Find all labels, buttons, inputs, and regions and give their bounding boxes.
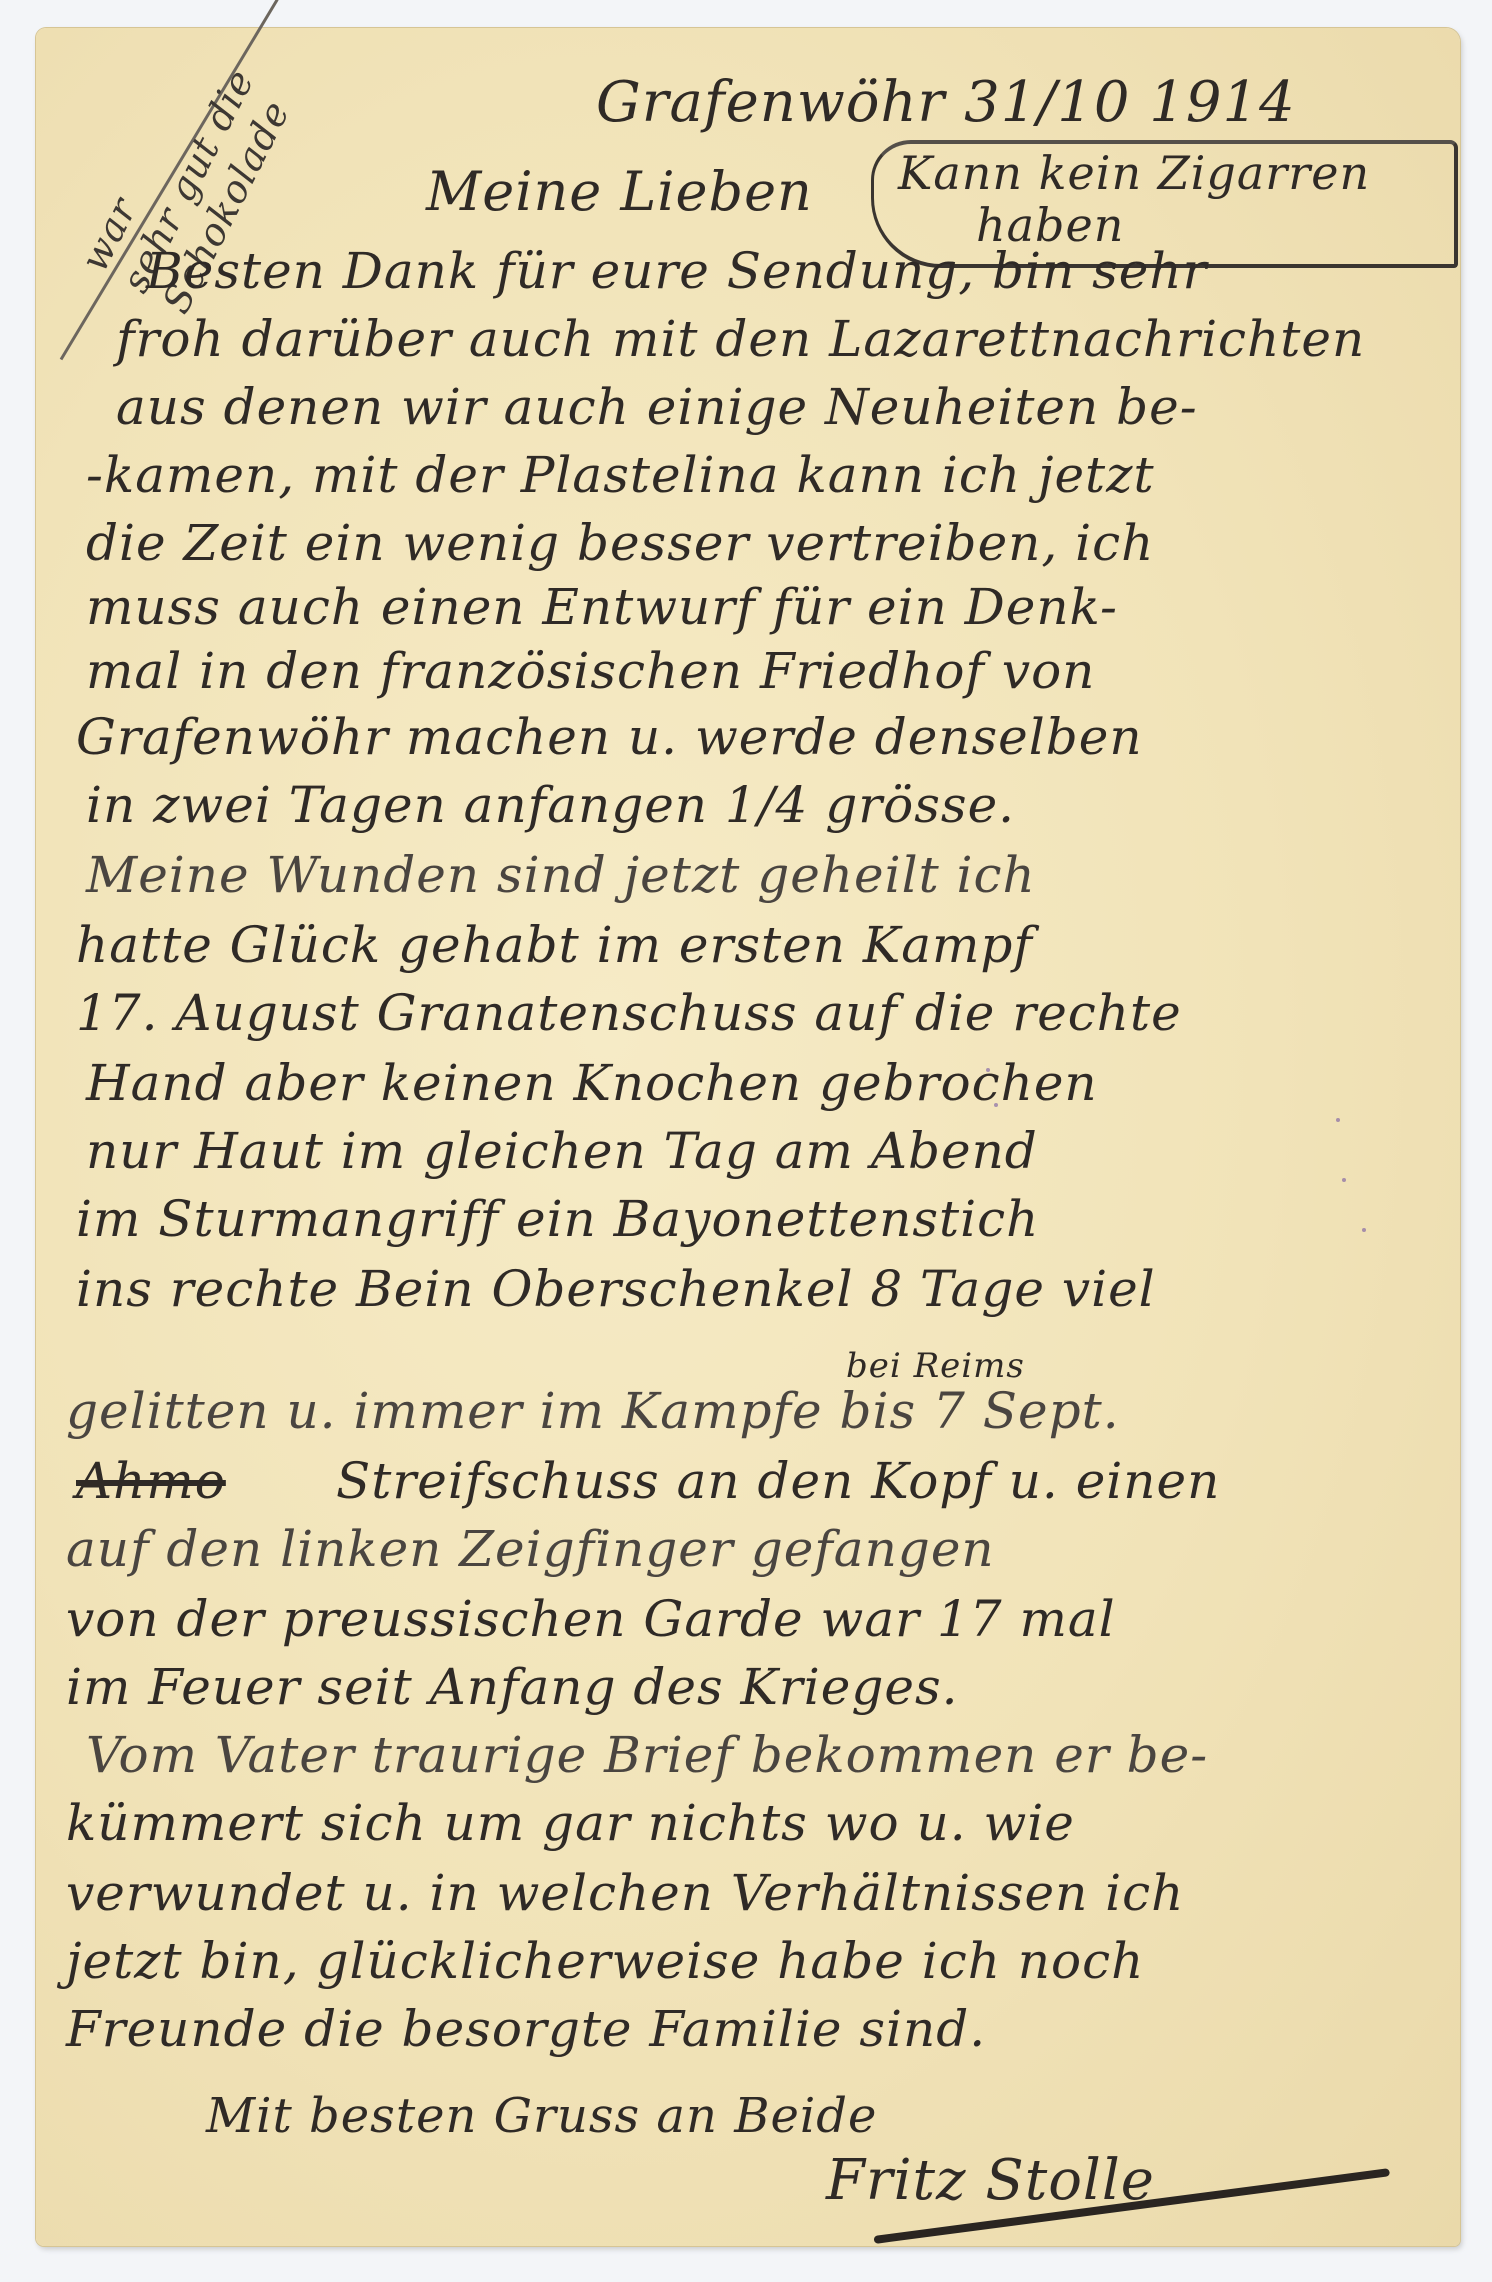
- body-line: jetzt bin, glücklicherweise habe ich noc…: [66, 1932, 1144, 1990]
- body-line: hatte Glück gehabt im ersten Kampf: [76, 916, 1033, 974]
- body-line: in zwei Tagen anfangen 1/4 grösse.: [86, 776, 1015, 834]
- struck-word: Ahmo: [76, 1452, 226, 1510]
- body-line: aus denen wir auch einige Neuheiten be-: [116, 378, 1198, 436]
- stamp-trace: [986, 1068, 990, 1072]
- body-line: Meine Wunden sind jetzt geheilt ich: [86, 846, 1036, 904]
- insertion-note: bei Reims: [846, 1346, 1025, 1386]
- stamp-trace: [994, 1103, 998, 1107]
- body-line: -kamen, mit der Plastelina kann ich jetz…: [86, 446, 1155, 504]
- body-line: Besten Dank für eure Sendung, bin sehr: [146, 242, 1207, 300]
- body-line: kümmert sich um gar nichts wo u. wie: [66, 1794, 1075, 1852]
- stamp-trace: [1336, 1118, 1340, 1122]
- body-line: ins rechte Bein Oberschenkel 8 Tage viel: [76, 1260, 1156, 1318]
- body-line: 17. August Granatenschuss auf die rechte: [76, 984, 1182, 1042]
- signature: Fritz Stolle: [826, 2148, 1155, 2213]
- body-line: gelitten u. immer im Kampfe bis 7 Sept.: [66, 1382, 1120, 1440]
- stamp-trace: [1342, 1178, 1346, 1182]
- body-line: mal in den französischen Friedhof von: [86, 642, 1095, 700]
- boxed-note-line: Kann kein Zigarren: [898, 146, 1370, 200]
- place-date: Grafenwöhr 31/10 1914: [596, 70, 1296, 135]
- body-line: im Sturmangriff ein Bayonettenstich: [76, 1190, 1039, 1248]
- body-line: Freunde die besorgte Familie sind.: [66, 2000, 986, 2058]
- body-line: Grafenwöhr machen u. werde denselben: [76, 708, 1143, 766]
- body-line: von der preussischen Garde war 17 mal: [66, 1590, 1116, 1648]
- stamp-trace: [1362, 1228, 1366, 1232]
- closing: Mit besten Gruss an Beide: [206, 2088, 877, 2144]
- body-line: auf den linken Zeigfinger gefangen: [66, 1520, 995, 1578]
- salutation: Meine Lieben: [426, 160, 813, 223]
- body-line: verwundet u. in welchen Verhältnissen ic…: [66, 1864, 1184, 1922]
- body-line: froh darüber auch mit den Lazarettnachri…: [116, 310, 1365, 368]
- body-line: nur Haut im gleichen Tag am Abend: [86, 1122, 1038, 1180]
- body-line: Vom Vater traurige Brief bekommen er be-: [86, 1726, 1208, 1784]
- body-line: die Zeit ein wenig besser vertreiben, ic…: [86, 514, 1154, 572]
- body-line: Hand aber keinen Knochen gebrochen: [86, 1054, 1098, 1112]
- postcard: war sehr gut die Schokolade Grafenwöhr 3…: [36, 28, 1460, 2246]
- body-line: im Feuer seit Anfang des Krieges.: [66, 1658, 959, 1716]
- body-line: Streifschuss an den Kopf u. einen: [336, 1452, 1220, 1510]
- body-line: muss auch einen Entwurf für ein Denk-: [86, 578, 1118, 636]
